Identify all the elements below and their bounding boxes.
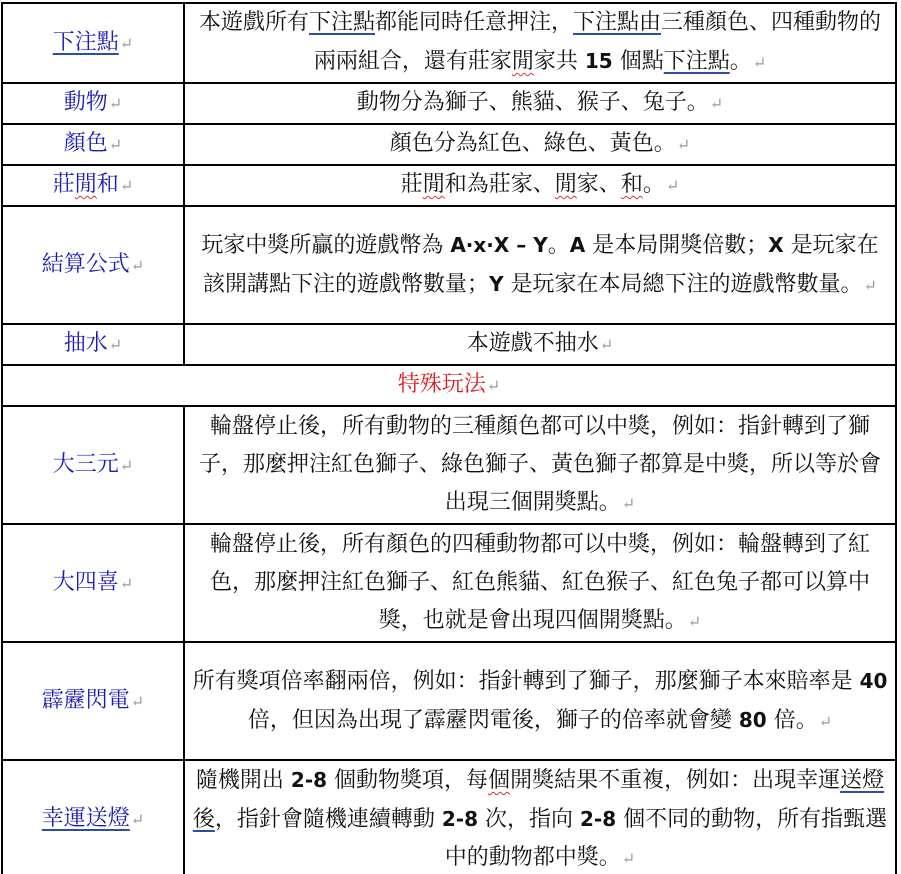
text-span: 2-8 (442, 807, 478, 831)
return-mark-icon: ↵ (677, 135, 690, 154)
text-span: 顏色 (64, 131, 108, 156)
row-label-thunder-lightning: 霹靂閃電↵ (2, 642, 184, 760)
text-span: 下注點由 (573, 10, 661, 35)
text-span: 抽水 (64, 331, 108, 356)
row-desc-thunder-lightning: 所有獎項倍率翻兩倍，例如：指針轉到了獅子，那麼獅子本來賠率是 40 倍，但因為出… (184, 642, 896, 760)
text-span: 下注點 (664, 49, 730, 74)
row-desc-settlement-formula: 玩家中獎所贏的遊戲幣為 A·x·X – Y。A 是本局開獎倍數；X 是玩家在該開… (184, 206, 896, 324)
return-mark-icon: ↵ (120, 456, 133, 475)
text-span: 40 (860, 669, 888, 693)
text-span: Y (489, 272, 503, 296)
bet-point-link[interactable]: 下注點 (53, 30, 119, 55)
return-mark-icon: ↵ (622, 849, 635, 868)
return-mark-icon: ↵ (109, 94, 122, 113)
return-mark-icon: ↵ (819, 712, 832, 731)
text-span: 個 (488, 768, 510, 793)
row-label-lucky-lamp: 幸運送燈↵ (2, 760, 184, 874)
return-mark-icon: ↵ (688, 612, 701, 631)
return-mark-icon: ↵ (600, 335, 613, 354)
text-span: 玩家中獎所贏的遊戲幣為 (201, 233, 450, 258)
text-span: 閒 (555, 172, 577, 197)
text-span: 莊 (401, 172, 423, 197)
text-span: 是本局開獎倍數； (585, 233, 768, 258)
text-span: 。 (643, 172, 665, 197)
text-span: 倍。 (767, 708, 818, 733)
text-span: 倍，但因為出現了霹靂閃電後，獅子的倍率就會變 (248, 708, 739, 733)
text-span: 輪盤停止後，所有動物的三種顏色都可以中獎，例如：指針轉到了獅子，那麼押注紅色獅子… (199, 414, 881, 515)
text-span: ，指針會隨機連續轉動 (215, 807, 442, 832)
text-span: 80 (739, 708, 767, 732)
row-label-banker-player-tie: 莊閒和↵ (2, 165, 184, 206)
table-row: 下注點↵ 本遊戲所有下注點都能同時任意押注，下注點由三種顏色、四種動物的兩兩組合… (2, 3, 896, 83)
row-desc-bet-point: 本遊戲所有下注點都能同時任意押注，下注點由三種顏色、四種動物的兩兩組合，還有莊家… (184, 3, 896, 83)
return-mark-icon: ↵ (120, 574, 133, 593)
rules-table: 下注點↵ 本遊戲所有下注點都能同時任意押注，下注點由三種顏色、四種動物的兩兩組合… (1, 2, 897, 874)
text-span: 開獎結果不重複，例如：出現幸運 (510, 768, 840, 793)
text-span: 個點 (613, 49, 664, 74)
text-span: 閒 (512, 49, 534, 74)
row-desc-banker-player-tie: 莊閒和為莊家、閒家、和。↵ (184, 165, 896, 206)
text-span: 2-8 (291, 768, 327, 792)
text-span: 動物 (64, 90, 108, 115)
text-span: 本遊戲所有 (199, 10, 309, 35)
row-desc-colors: 顏色分為紅色、綠色、黃色。↵ (184, 124, 896, 165)
text-span: 。 (548, 233, 570, 258)
text-span: 結算公式 (42, 252, 130, 277)
row-desc-big-four: 輪盤停止後，所有顏色的四種動物都可以中獎，例如：輪盤轉到了紅色，那麼押注紅色獅子… (184, 524, 896, 642)
text-span: 是玩家在本局總下注的遊戲幣數量。 (504, 272, 863, 297)
text-span: 和為莊家、 (445, 172, 555, 197)
text-span: 特殊玩法 (398, 372, 486, 397)
row-label-big-four: 大四喜↵ (2, 524, 184, 642)
text-span: 次，指向 (478, 807, 580, 832)
text-span: 家共 (534, 49, 585, 74)
row-label-colors: 顏色↵ (2, 124, 184, 165)
return-mark-icon: ↵ (622, 494, 635, 513)
text-span: 。 (730, 49, 752, 74)
section-heading-special-play: 特殊玩法↵ (2, 365, 896, 406)
text-span: A (570, 233, 585, 257)
row-label-rake: 抽水↵ (2, 324, 184, 365)
table-row: 抽水↵ 本遊戲不抽水↵ (2, 324, 896, 365)
text-span: 所有獎項倍率翻兩倍，例如：指針轉到了獅子，那麼獅子本來賠率是 (193, 669, 860, 694)
text-span: X (768, 233, 783, 257)
return-mark-icon: ↵ (109, 135, 122, 154)
row-label-bet-point: 下注點↵ (2, 3, 184, 83)
text-span: 2-8 (580, 807, 616, 831)
return-mark-icon: ↵ (666, 176, 679, 195)
table-row: 幸運送燈↵ 隨機開出 2-8 個動物獎項，每個開獎結果不重複，例如：出現幸運送燈… (2, 760, 896, 874)
return-mark-icon: ↵ (487, 376, 500, 395)
table-row: 霹靂閃電↵ 所有獎項倍率翻兩倍，例如：指針轉到了獅子，那麼獅子本來賠率是 40 … (2, 642, 896, 760)
text-span: 個動物獎項，每 (327, 768, 488, 793)
text-span: 閒 (423, 172, 445, 197)
text-span: 大四喜 (53, 570, 119, 595)
row-label-settlement-formula: 結算公式↵ (2, 206, 184, 324)
text-span: 都能同時任意押注， (375, 10, 573, 35)
table-row: 大四喜↵ 輪盤停止後，所有顏色的四種動物都可以中獎，例如：輪盤轉到了紅色，那麼押… (2, 524, 896, 642)
return-mark-icon: ↵ (109, 335, 122, 354)
row-desc-rake: 本遊戲不抽水↵ (184, 324, 896, 365)
return-mark-icon: ↵ (710, 94, 723, 113)
text-span: 大三元 (53, 452, 119, 477)
section-row: 特殊玩法↵ (2, 365, 896, 406)
table-row: 大三元↵ 輪盤停止後，所有動物的三種顏色都可以中獎，例如：指針轉到了獅子，那麼押… (2, 406, 896, 524)
lucky-lamp-link[interactable]: 幸運送燈 (42, 806, 130, 831)
return-mark-icon: ↵ (864, 276, 877, 295)
return-mark-icon: ↵ (120, 176, 133, 195)
row-label-big-three: 大三元↵ (2, 406, 184, 524)
text-span: 莊 (53, 172, 75, 197)
row-label-animals: 動物↵ (2, 83, 184, 124)
text-span: 和 (621, 172, 643, 197)
return-mark-icon: ↵ (753, 53, 766, 72)
table-row: 結算公式↵ 玩家中獎所贏的遊戲幣為 A·x·X – Y。A 是本局開獎倍數；X … (2, 206, 896, 324)
text-span: 15 (585, 49, 613, 73)
text-span: A·x·X – Y (450, 233, 547, 257)
return-mark-icon: ↵ (131, 256, 144, 275)
row-desc-lucky-lamp: 隨機開出 2-8 個動物獎項，每個開獎結果不重複，例如：出現幸運送燈後，指針會隨… (184, 760, 896, 874)
row-desc-big-three: 輪盤停止後，所有動物的三種顏色都可以中獎，例如：指針轉到了獅子，那麼押注紅色獅子… (184, 406, 896, 524)
text-span: 隨機開出 (196, 768, 291, 793)
table-row: 莊閒和↵ 莊閒和為莊家、閒家、和。↵ (2, 165, 896, 206)
return-mark-icon: ↵ (120, 34, 133, 53)
table-row: 動物↵ 動物分為獅子、熊貓、猴子、兔子。↵ (2, 83, 896, 124)
text-span: 動物分為獅子、熊貓、猴子、兔子。 (357, 90, 709, 115)
row-desc-animals: 動物分為獅子、熊貓、猴子、兔子。↵ (184, 83, 896, 124)
text-span: 霹靂閃電 (42, 688, 130, 713)
text-span: 閒 (75, 172, 97, 197)
text-span: 顏色分為紅色、綠色、黃色。 (390, 131, 676, 156)
text-span: 家、 (577, 172, 621, 197)
text-span: 本遊戲不抽水 (467, 331, 599, 356)
return-mark-icon: ↵ (131, 810, 144, 829)
text-span: 下注點 (309, 10, 375, 35)
text-span: 和 (97, 172, 119, 197)
table-row: 顏色↵ 顏色分為紅色、綠色、黃色。↵ (2, 124, 896, 165)
text-span: 輪盤停止後，所有顏色的四種動物都可以中獎，例如：輪盤轉到了紅色，那麼押注紅色獅子… (210, 532, 870, 633)
return-mark-icon: ↵ (131, 692, 144, 711)
